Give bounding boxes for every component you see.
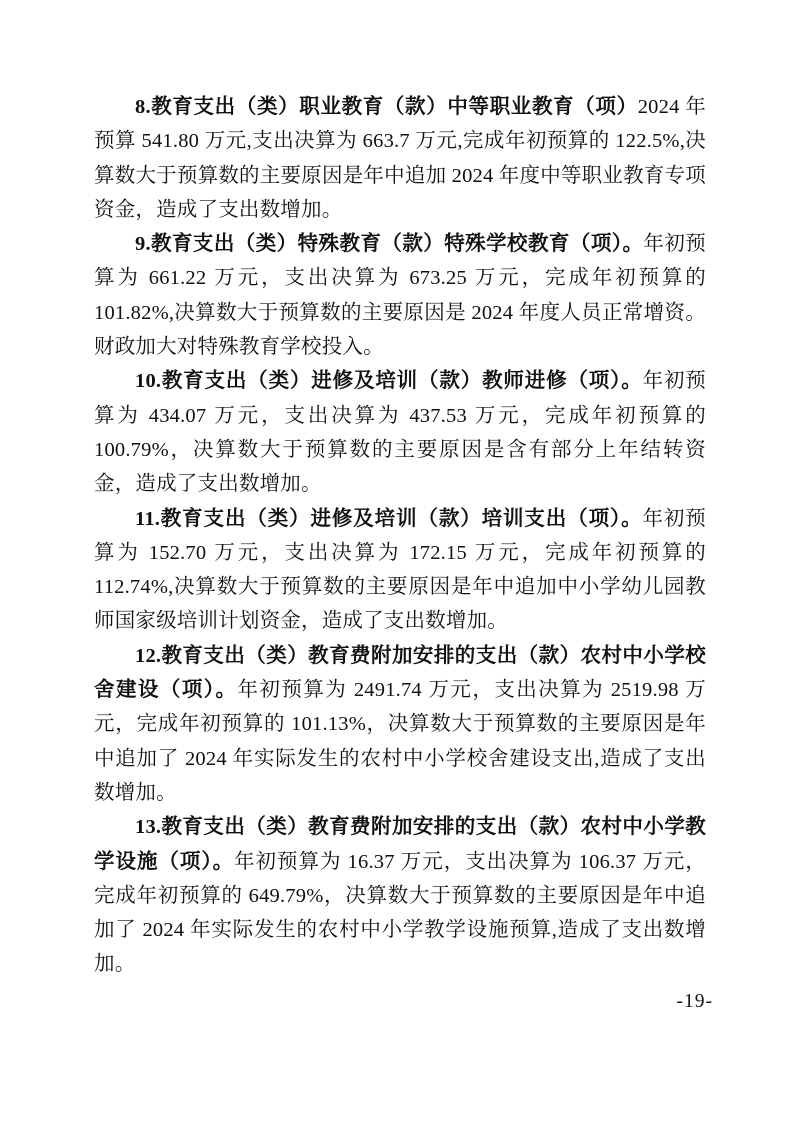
- paragraph-section-8: 8.教育支出（类）职业教育（款）中等职业教育（项）2024 年预算 541.80…: [94, 90, 706, 227]
- section-heading: 8.教育支出（类）职业教育（款）中等职业教育（项）: [135, 96, 638, 118]
- paragraph-section-13: 13.教育支出（类）教育费附加安排的支出（款）农村中小学教学设施（项）。年初预算…: [94, 810, 706, 981]
- paragraph-section-9: 9.教育支出（类）特殊教育（款）特殊学校教育（项）。年初预算为 661.22 万…: [94, 227, 706, 364]
- document-page: 8.教育支出（类）职业教育（款）中等职业教育（项）2024 年预算 541.80…: [0, 0, 793, 1122]
- section-heading: 11.教育支出（类）进修及培训（款）培训支出（项）。: [135, 508, 643, 530]
- document-body: 8.教育支出（类）职业教育（款）中等职业教育（项）2024 年预算 541.80…: [94, 90, 706, 982]
- page-number: -19-: [677, 992, 714, 1012]
- section-heading: 9.教育支出（类）特殊教育（款）特殊学校教育（项）。: [135, 233, 643, 255]
- paragraph-section-10: 10.教育支出（类）进修及培训（款）教师进修（项）。年初预算为 434.07 万…: [94, 364, 706, 501]
- section-heading: 10.教育支出（类）进修及培训（款）教师进修（项）。: [135, 370, 643, 392]
- paragraph-section-12: 12.教育支出（类）教育费附加安排的支出（款）农村中小学校舍建设（项）。年初预算…: [94, 639, 706, 810]
- paragraph-section-11: 11.教育支出（类）进修及培训（款）培训支出（项）。年初预算为 152.70 万…: [94, 502, 706, 639]
